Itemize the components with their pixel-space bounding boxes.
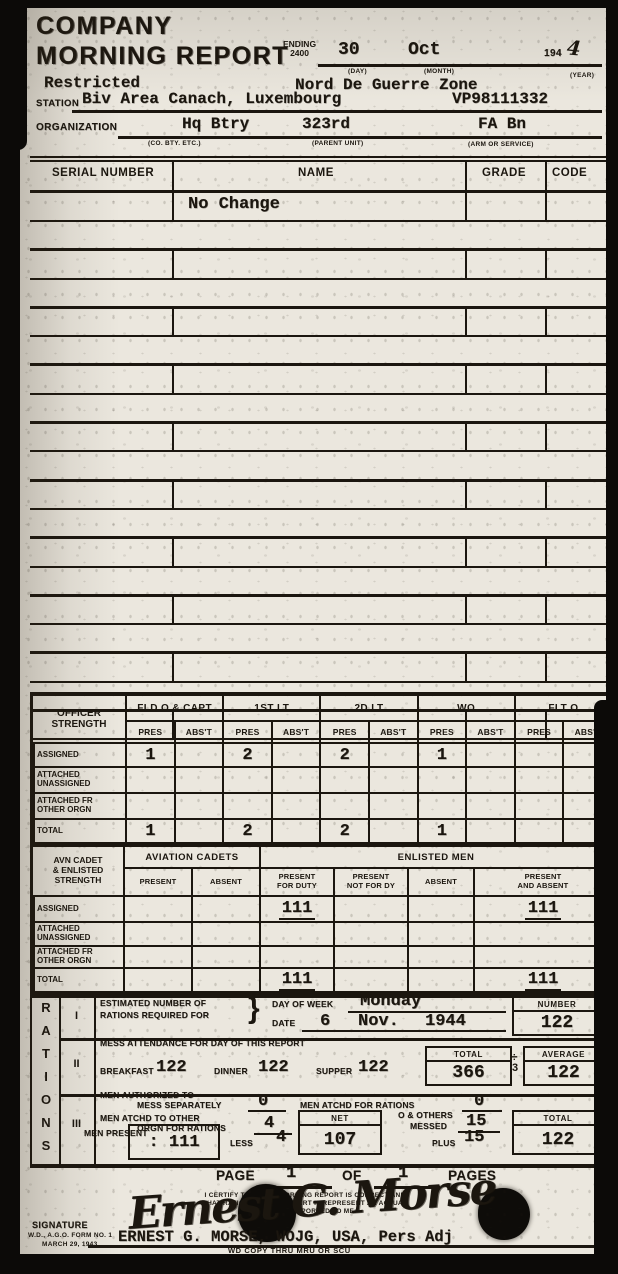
enlisted-value-cell xyxy=(191,895,259,921)
roster-empty-row xyxy=(30,395,608,424)
organization-arm: FA Bn xyxy=(478,115,526,133)
form-number: W.D., A.G.O. FORM NO. 1 xyxy=(28,1232,112,1239)
rations-part-i: I xyxy=(59,1010,94,1022)
officer-value-cell xyxy=(125,792,174,818)
roster-empty-row xyxy=(30,309,608,337)
officer-value-cell: 2 xyxy=(222,818,271,842)
officer-group-wo: WO xyxy=(417,696,514,720)
mess-average-label: AVERAGE xyxy=(525,1048,602,1062)
roster-empty-row xyxy=(30,482,608,510)
officer-group-2d-lt: 2D LT xyxy=(319,696,416,720)
officer-row-label: ASSIGNED xyxy=(33,742,125,766)
subheader-abst: ABS'T xyxy=(368,720,417,742)
subheader-cadets-present: PRESENT xyxy=(123,867,191,895)
net-box-label: NET xyxy=(300,1112,380,1126)
org-sublabel-3: (ARM OR SERVICE) xyxy=(468,141,534,148)
group-aviation-cadets: AVIATION CADETS xyxy=(123,847,259,867)
signature-label: SIGNATURE xyxy=(32,1220,88,1230)
subheader-present-and-absent: PRESENT AND ABSENT xyxy=(473,867,611,895)
signature-typed-name: ERNEST G. MORSE, WOJG, USA, Pers Adj xyxy=(118,1228,453,1246)
officer-value-cell xyxy=(465,792,514,818)
subheader-abst: ABS'T xyxy=(465,720,514,742)
officer-value-cell xyxy=(465,818,514,842)
officer-value-cell xyxy=(514,792,563,818)
officer-value-cell xyxy=(368,742,417,766)
roster-empty-row xyxy=(30,222,608,251)
roster-empty-row xyxy=(30,539,608,567)
column-header-code: CODE xyxy=(552,167,587,179)
org-sublabel-1: (CO. BTY. ETC.) xyxy=(148,140,201,147)
rations-divider xyxy=(94,998,96,1164)
net-box-value: 107 xyxy=(300,1126,380,1153)
enlisted-value-cell: 111 xyxy=(473,967,611,991)
roster-empty-row xyxy=(30,452,608,481)
enlisted-value-cell xyxy=(123,921,191,945)
ending-time: 2400 xyxy=(283,49,316,58)
column-header-name: NAME xyxy=(298,167,334,179)
officer-value-cell xyxy=(417,766,466,792)
subheader-absent: ABSENT xyxy=(407,867,473,895)
officer-value-cell: 1 xyxy=(417,818,466,842)
officer-value-cell: 2 xyxy=(319,742,368,766)
column-header-serial: SERIAL NUMBER xyxy=(52,167,154,179)
org-sublabel-2: (PARENT UNIT) xyxy=(312,140,363,147)
value-underline xyxy=(462,1110,502,1112)
roster-empty-row xyxy=(30,366,608,394)
subheader-present-for-duty: PRESENT FOR DUTY xyxy=(259,867,333,895)
rations-letter: T xyxy=(38,1046,54,1061)
scan-edge-right-lower xyxy=(594,700,618,1274)
station-coordinates: VP98111332 xyxy=(452,90,548,108)
net-box: NET 107 xyxy=(298,1110,382,1155)
subheader-pres: PRES xyxy=(125,720,174,742)
enlisted-row-label: ASSIGNED xyxy=(33,895,123,921)
officer-row-label: ATTACHED UNASSIGNED xyxy=(33,766,125,792)
scan-edge-left-wide xyxy=(0,0,27,150)
officer-value-cell xyxy=(174,766,223,792)
officer-strength-title: OFFICER STRENGTH xyxy=(33,696,125,742)
subheader-pres: PRES xyxy=(417,720,466,742)
ending-2400-label: ENDING 2400 xyxy=(283,40,316,58)
roster-empty-row xyxy=(30,337,608,366)
rations-letter: N xyxy=(38,1115,54,1130)
enlisted-value-cell xyxy=(333,945,407,967)
enlisted-value-cell xyxy=(259,921,333,945)
scan-edge-left xyxy=(0,0,20,1274)
roster-empty-row xyxy=(30,654,608,682)
column-divider xyxy=(172,162,174,190)
officer-value-cell: 2 xyxy=(222,742,271,766)
roster-table: SERIAL NUMBER NAME GRADE CODE No Change xyxy=(30,156,608,740)
month-sublabel: (MONTH) xyxy=(424,68,454,75)
officer-value-cell xyxy=(174,742,223,766)
roster-header-row: SERIAL NUMBER NAME GRADE CODE xyxy=(30,162,608,193)
rations-letter: R xyxy=(38,1000,54,1015)
report-date-month: Oct xyxy=(408,40,440,60)
officer-group-fldo-capt: FLD O & CAPT xyxy=(125,696,222,720)
enlisted-row-label: ATTACHED UNASSIGNED xyxy=(33,921,123,945)
enlisted-value-cell xyxy=(191,945,259,967)
date-underline xyxy=(318,64,602,67)
enlisted-value-cell xyxy=(333,895,407,921)
officer-value-cell xyxy=(417,792,466,818)
form-title-line2: MORNING REPORT xyxy=(36,42,289,71)
roster-empty-row xyxy=(30,510,608,539)
enlisted-row-label: TOTAL xyxy=(33,967,123,991)
enlisted-value-cell xyxy=(407,945,473,967)
year-printed: 194 xyxy=(544,48,562,59)
enlisted-value-cell xyxy=(191,921,259,945)
subheader-present-not-for-duty: PRESENT NOT FOR DY xyxy=(333,867,407,895)
rations-divider xyxy=(59,998,61,1164)
rations-total-label: TOTAL xyxy=(514,1112,602,1126)
value-underline xyxy=(248,1110,286,1112)
number-box-label: NUMBER xyxy=(514,998,600,1012)
enlisted-value-cell xyxy=(123,945,191,967)
mess-total-value: 366 xyxy=(427,1062,510,1084)
enlisted-value-cell xyxy=(191,967,259,991)
subheader-abst: ABS'T xyxy=(174,720,223,742)
organization-underline xyxy=(118,136,602,139)
officer-value-cell xyxy=(222,792,271,818)
subheader-pres: PRES xyxy=(514,720,563,742)
roster-empty-row xyxy=(30,280,608,309)
value-underline xyxy=(254,1133,292,1135)
subheader-cadets-absent: ABSENT xyxy=(191,867,259,895)
form-title-line1: COMPANY xyxy=(36,12,172,41)
station-value: Biv Area Canach, Luxembourg xyxy=(82,90,341,108)
number-box-value: 122 xyxy=(514,1012,600,1034)
roster-empty-row xyxy=(30,424,608,452)
rations-total-box: TOTAL 122 xyxy=(512,1110,604,1155)
officer-value-cell xyxy=(271,742,320,766)
enlisted-value-cell xyxy=(333,921,407,945)
rations-part-iii: III xyxy=(59,1118,94,1130)
officer-value-cell xyxy=(465,766,514,792)
officer-value-cell xyxy=(174,792,223,818)
mess-total-box: TOTAL 366 xyxy=(425,1046,512,1086)
roster-empty-row xyxy=(30,597,608,625)
station-underline xyxy=(72,110,602,113)
mess-average-value: 122 xyxy=(525,1062,602,1084)
organization-unit: Hq Btry xyxy=(182,115,249,133)
column-divider xyxy=(465,162,467,190)
organization-parent: 323rd xyxy=(302,115,350,133)
rations-section-divider xyxy=(59,1038,610,1041)
enlisted-value-cell xyxy=(259,945,333,967)
enlisted-value-cell xyxy=(333,967,407,991)
roster-empty-rows xyxy=(30,222,608,740)
rations-letter: A xyxy=(38,1023,54,1038)
rations-letter: O xyxy=(38,1092,54,1107)
scan-edge-bottom xyxy=(0,1254,618,1274)
enlisted-value-cell xyxy=(473,945,611,967)
enlisted-value-cell xyxy=(407,967,473,991)
enlisted-value-cell xyxy=(407,895,473,921)
column-divider xyxy=(545,162,547,190)
officer-value-cell xyxy=(368,766,417,792)
roster-entry-text: No Change xyxy=(188,195,280,214)
day-of-week-underline xyxy=(348,1011,506,1013)
column-header-grade: GRADE xyxy=(482,167,526,179)
enlisted-value-cell: 111 xyxy=(473,895,611,921)
scan-edge-top xyxy=(0,0,618,8)
rations-date-underline xyxy=(302,1030,506,1032)
station-label: STATION xyxy=(36,98,79,109)
year-handwritten: 4 xyxy=(566,35,582,60)
officer-value-cell xyxy=(368,792,417,818)
officer-value-cell xyxy=(514,766,563,792)
enlisted-value-cell xyxy=(123,895,191,921)
officer-value-cell xyxy=(319,792,368,818)
rations-letter: S xyxy=(38,1138,54,1153)
value-underline xyxy=(458,1131,500,1133)
rations-section-divider xyxy=(59,1094,610,1097)
officer-value-cell xyxy=(174,818,223,842)
enlisted-strength-table: AVN CADET & ENLISTED STRENGTH AVIATION C… xyxy=(30,844,614,994)
enlisted-value-cell: 111 xyxy=(259,967,333,991)
roster-empty-row xyxy=(30,625,608,654)
officer-value-cell: 1 xyxy=(125,742,174,766)
scan-edge-right-upper xyxy=(606,0,618,712)
rations-letter: I xyxy=(38,1069,54,1084)
subheader-abst: ABS'T xyxy=(271,720,320,742)
enlisted-value-cell: 111 xyxy=(259,895,333,921)
officer-value-cell xyxy=(319,766,368,792)
roster-entry-row: No Change xyxy=(30,193,608,222)
officer-value-cell: 1 xyxy=(125,818,174,842)
scanned-morning-report-page: COMPANY MORNING REPORT ENDING 2400 30 Oc… xyxy=(0,0,618,1274)
number-box: NUMBER 122 xyxy=(512,996,602,1036)
enlisted-value-cell xyxy=(407,921,473,945)
roster-empty-row xyxy=(30,568,608,597)
officer-value-cell xyxy=(465,742,514,766)
year-sublabel: (YEAR) xyxy=(570,72,594,79)
officer-value-cell xyxy=(125,766,174,792)
roster-empty-row xyxy=(30,251,608,279)
rations-part-ii: II xyxy=(59,1058,94,1070)
day-sublabel: (DAY) xyxy=(348,68,367,75)
officer-value-cell xyxy=(271,766,320,792)
subheader-pres: PRES xyxy=(222,720,271,742)
officer-row-label: ATTACHED FR OTHER ORGN xyxy=(33,792,125,818)
officer-row-label: TOTAL xyxy=(33,818,125,842)
officer-group-1st-lt: 1ST LT xyxy=(222,696,319,720)
mess-average-box: AVERAGE 122 xyxy=(523,1046,604,1086)
enlisted-strength-title: AVN CADET & ENLISTED STRENGTH xyxy=(33,847,123,895)
enlisted-value-cell xyxy=(123,967,191,991)
officer-value-cell xyxy=(271,792,320,818)
officer-value-cell: 1 xyxy=(417,742,466,766)
officer-value-cell xyxy=(271,818,320,842)
report-date-day: 30 xyxy=(338,40,360,60)
officer-value-cell xyxy=(514,742,563,766)
mess-total-label: TOTAL xyxy=(427,1048,510,1062)
subheader-pres: PRES xyxy=(319,720,368,742)
enlisted-value-cell xyxy=(473,921,611,945)
officer-value-cell: 2 xyxy=(319,818,368,842)
rations-total-value: 122 xyxy=(514,1126,602,1153)
enlisted-row-label: ATTACHED FR OTHER ORGN xyxy=(33,945,123,967)
officer-value-cell xyxy=(368,818,417,842)
officer-value-cell xyxy=(222,766,271,792)
group-enlisted-men: ENLISTED MEN xyxy=(259,847,611,867)
officer-value-cell xyxy=(514,818,563,842)
officer-strength-table: OFFICER STRENGTH FLD O & CAPT 1ST LT 2D … xyxy=(30,692,614,845)
organization-label: ORGANIZATION xyxy=(36,122,117,133)
